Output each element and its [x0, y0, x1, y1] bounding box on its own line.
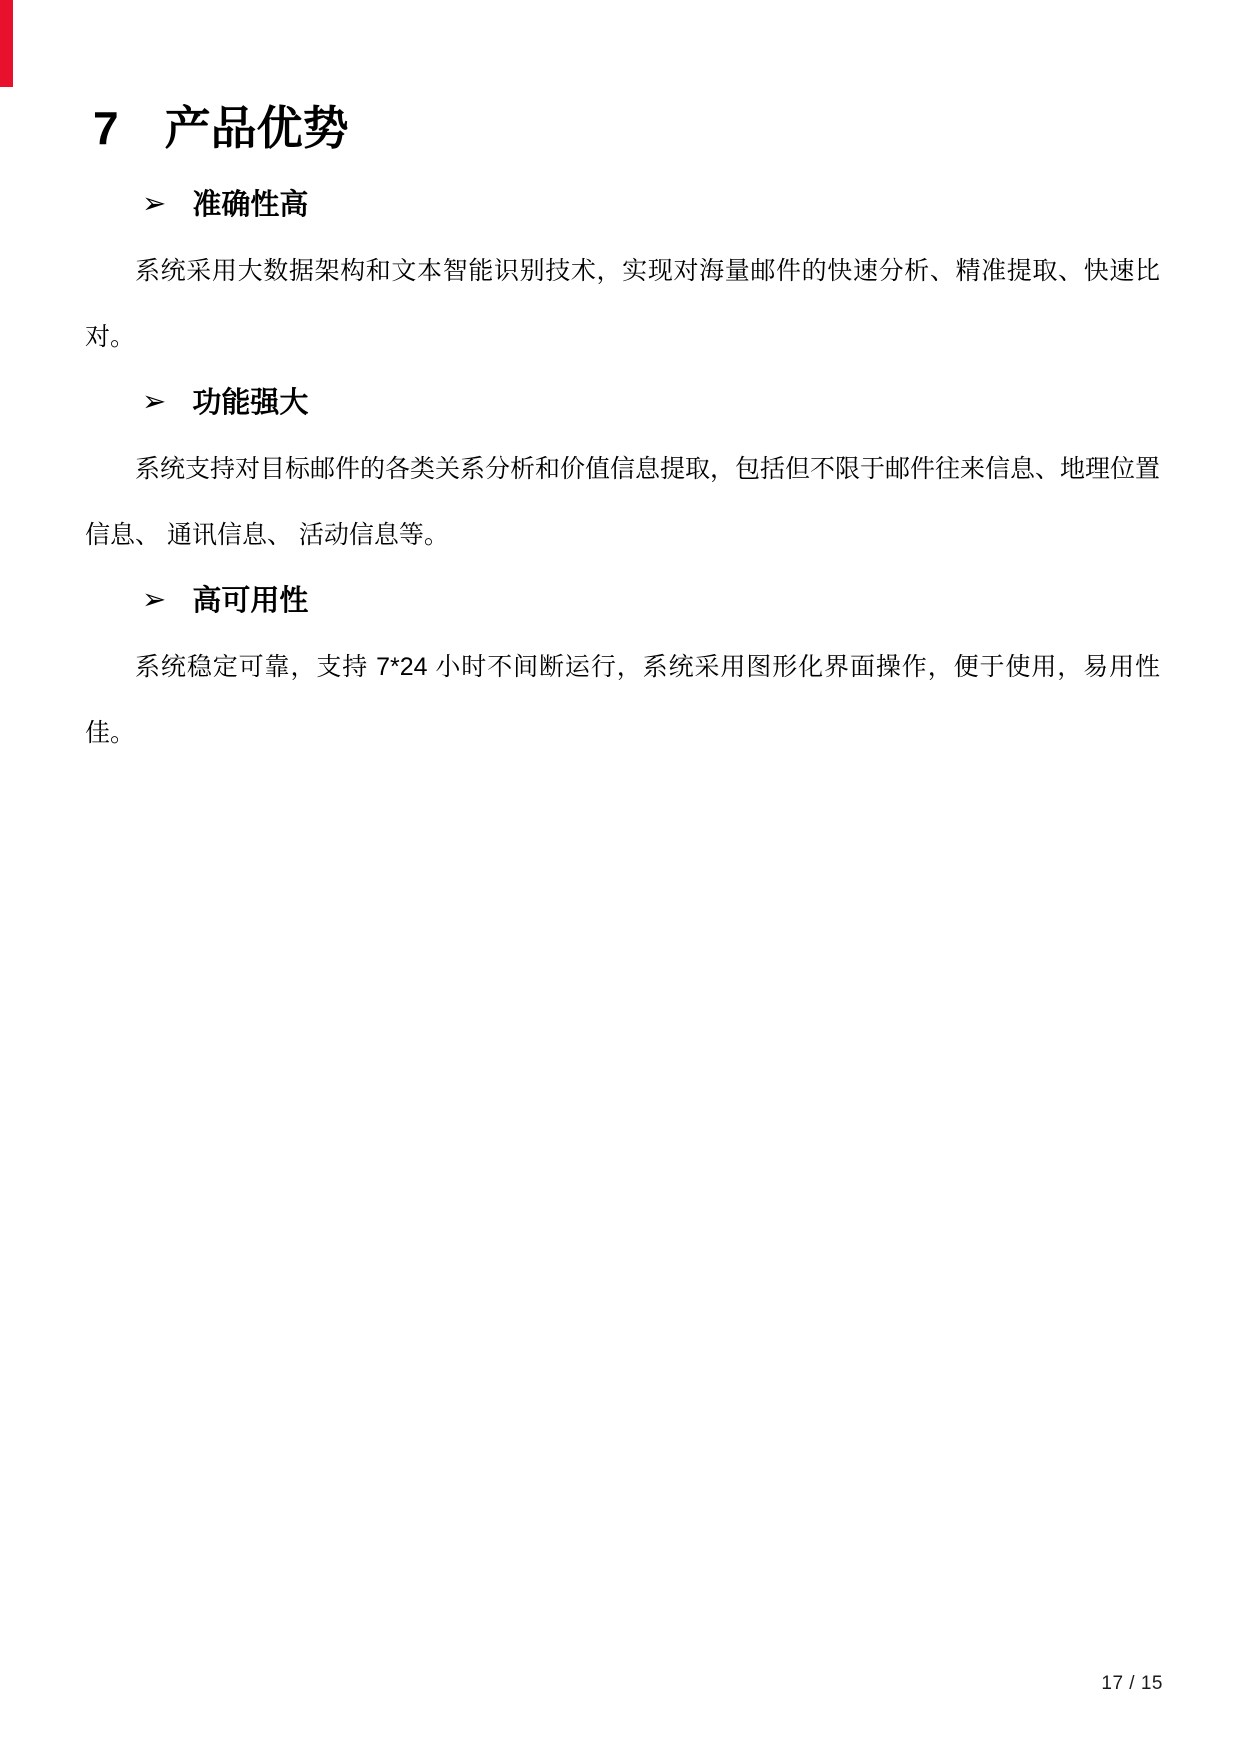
arrowhead-bullet-icon: ➢	[142, 567, 166, 633]
bullet-label: 准确性高	[192, 189, 308, 221]
paragraph-functionality: 系统支持对目标邮件的各类关系分析和价值信息提取，包括但不限于邮件往来信息、地理位…	[85, 436, 1160, 568]
arrowhead-bullet-icon: ➢	[142, 171, 166, 237]
bullet-label: 功能强大	[192, 387, 308, 419]
red-bookmark-bar	[0, 0, 13, 87]
bullet-label: 高可用性	[192, 585, 308, 617]
paragraph-availability: 系统稳定可靠，支持 7*24 小时不间断运行，系统采用图形化界面操作，便于使用，…	[85, 634, 1160, 766]
bullet-item-accuracy: ➢准确性高	[85, 172, 1160, 238]
section-title: 产品优势	[165, 102, 349, 154]
page-number: 17 / 15	[1101, 1670, 1163, 1698]
bullet-item-availability: ➢高可用性	[85, 568, 1160, 634]
arrowhead-bullet-icon: ➢	[142, 369, 166, 435]
bullet-item-functionality: ➢功能强大	[85, 370, 1160, 436]
section-number: 7	[93, 102, 119, 154]
document-page: 7产品优势 ➢准确性高 系统采用大数据架构和文本智能识别技术，实现对海量邮件的快…	[0, 0, 1240, 1754]
section-heading: 7产品优势	[85, 0, 1160, 158]
paragraph-accuracy: 系统采用大数据架构和文本智能识别技术，实现对海量邮件的快速分析、精准提取、快速比…	[85, 238, 1160, 370]
